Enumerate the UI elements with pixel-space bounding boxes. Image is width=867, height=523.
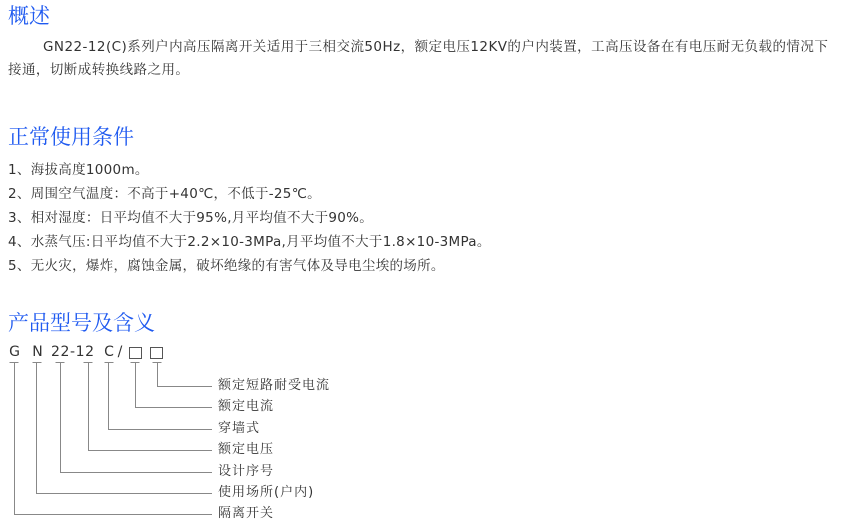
connector-line-design-serial [56, 363, 213, 473]
connector-line-usage-location [33, 363, 213, 494]
model-designation-diagram [0, 0, 867, 523]
label-design-serial-number: 设计序号 [218, 463, 274, 481]
connector-line-rated-current [131, 363, 213, 408]
label-wall-bushing-type: 穿墙式 [218, 420, 260, 438]
label-rated-short-circuit-withstand-current: 额定短路耐受电流 [218, 377, 330, 395]
connector-line-rated-voltage [84, 363, 213, 451]
connector-line-wall-type [105, 363, 213, 430]
label-usage-location: 使用场所(户内) [218, 484, 314, 502]
label-rated-current: 额定电流 [218, 398, 274, 416]
connector-line-short-circuit [153, 363, 213, 387]
label-rated-voltage: 额定电压 [218, 441, 274, 459]
connector-line-disconnector [10, 363, 213, 515]
label-disconnector: 隔离开关 [218, 505, 274, 523]
